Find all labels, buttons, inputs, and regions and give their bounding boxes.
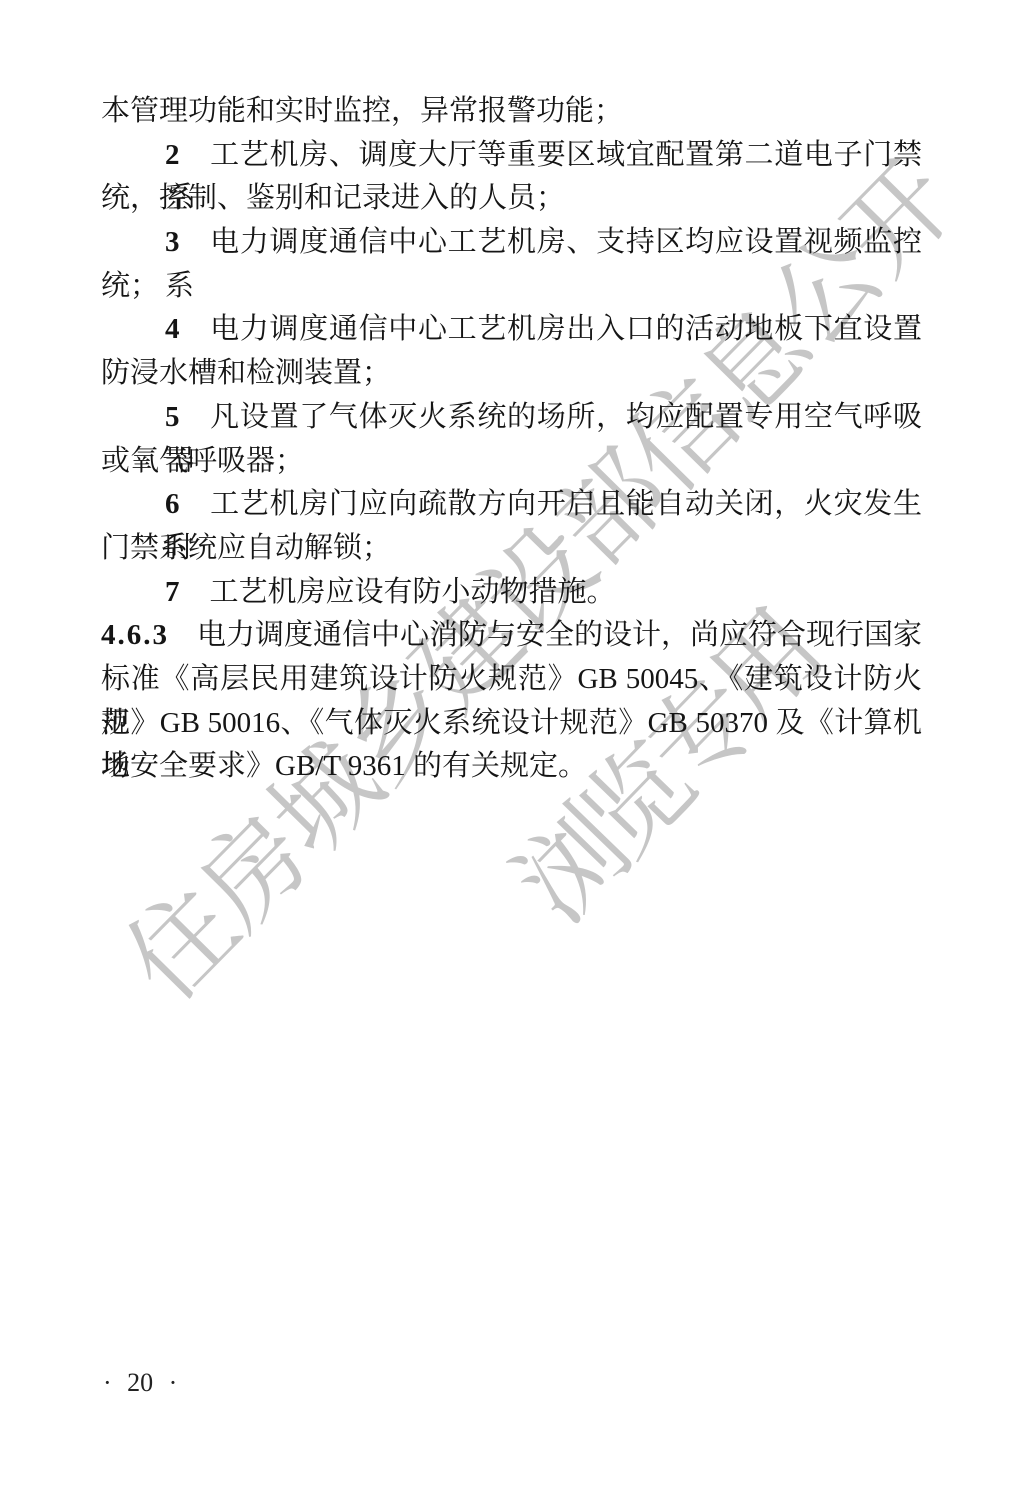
text-line: 4电力调度通信中心工艺机房出入口的活动地板下宜设置 <box>101 308 922 352</box>
line-text: 或氧气呼吸器； <box>101 445 304 477</box>
item-number: 2 <box>165 139 182 171</box>
line-text: 电力调度通信中心消防与安全的设计，尚应符合现行国家 <box>197 619 922 651</box>
line-text: 电力调度通信中心工艺机房出入口的活动地板下宜设置 <box>210 313 923 345</box>
line-text: 工艺机房应设有防小动物措施。 <box>210 576 616 608</box>
line-text: 防浸水槽和检测装置； <box>101 357 391 389</box>
text-line: 地安全要求》GB/T 9361 的有关规定。 <box>101 745 922 789</box>
item-number: 6 <box>165 488 182 520</box>
line-text: 统，控制、鉴别和记录进入的人员； <box>101 182 565 214</box>
item-number: 5 <box>165 401 182 433</box>
text-line: 统； <box>101 265 922 309</box>
text-line: 3电力调度通信中心工艺机房、支持区均应设置视频监控系 <box>101 221 922 265</box>
text-line: 防浸水槽和检测装置； <box>101 352 922 396</box>
text-line: 4.6.3电力调度通信中心消防与安全的设计，尚应符合现行国家 <box>101 614 922 658</box>
line-text: 门禁系统应自动解锁； <box>101 532 391 564</box>
item-number: 7 <box>165 576 182 608</box>
document-page: 住房城乡建设部信息公开 浏览专用 本管理功能和实时监控，异常报警功能； 2工艺机… <box>0 0 1023 1496</box>
text-line: 统，控制、鉴别和记录进入的人员； <box>101 177 922 221</box>
line-text: 统； <box>101 270 159 302</box>
line-text: 本管理功能和实时监控，异常报警功能； <box>101 95 623 127</box>
page-number: · 20 · <box>103 1368 177 1398</box>
text-line: 标准《高层民用建筑设计防火规范》GB 50045、《建筑设计防火规 <box>101 658 922 702</box>
line-text: 地安全要求》GB/T 9361 的有关规定。 <box>101 750 587 782</box>
text-line: 5凡设置了气体灭火系统的场所，均应配置专用空气呼吸器 <box>101 396 922 440</box>
text-line: 或氧气呼吸器； <box>101 440 922 484</box>
item-number: 4 <box>165 313 182 345</box>
text-line: 门禁系统应自动解锁； <box>101 527 922 571</box>
text-line: 本管理功能和实时监控，异常报警功能； <box>101 90 922 134</box>
item-number: 3 <box>165 226 182 258</box>
text-line: 2工艺机房、调度大厅等重要区域宜配置第二道电子门禁系 <box>101 134 922 178</box>
text-line: 范》GB 50016、《气体灭火系统设计规范》GB 50370 及《计算机场 <box>101 702 922 746</box>
text-line: 7工艺机房应设有防小动物措施。 <box>101 571 922 615</box>
text-line: 6工艺机房门应向疏散方向开启且能自动关闭，火灾发生时 <box>101 483 922 527</box>
text-block: 本管理功能和实时监控，异常报警功能； 2工艺机房、调度大厅等重要区域宜配置第二道… <box>101 90 922 789</box>
item-number: 4.6.3 <box>101 619 169 651</box>
